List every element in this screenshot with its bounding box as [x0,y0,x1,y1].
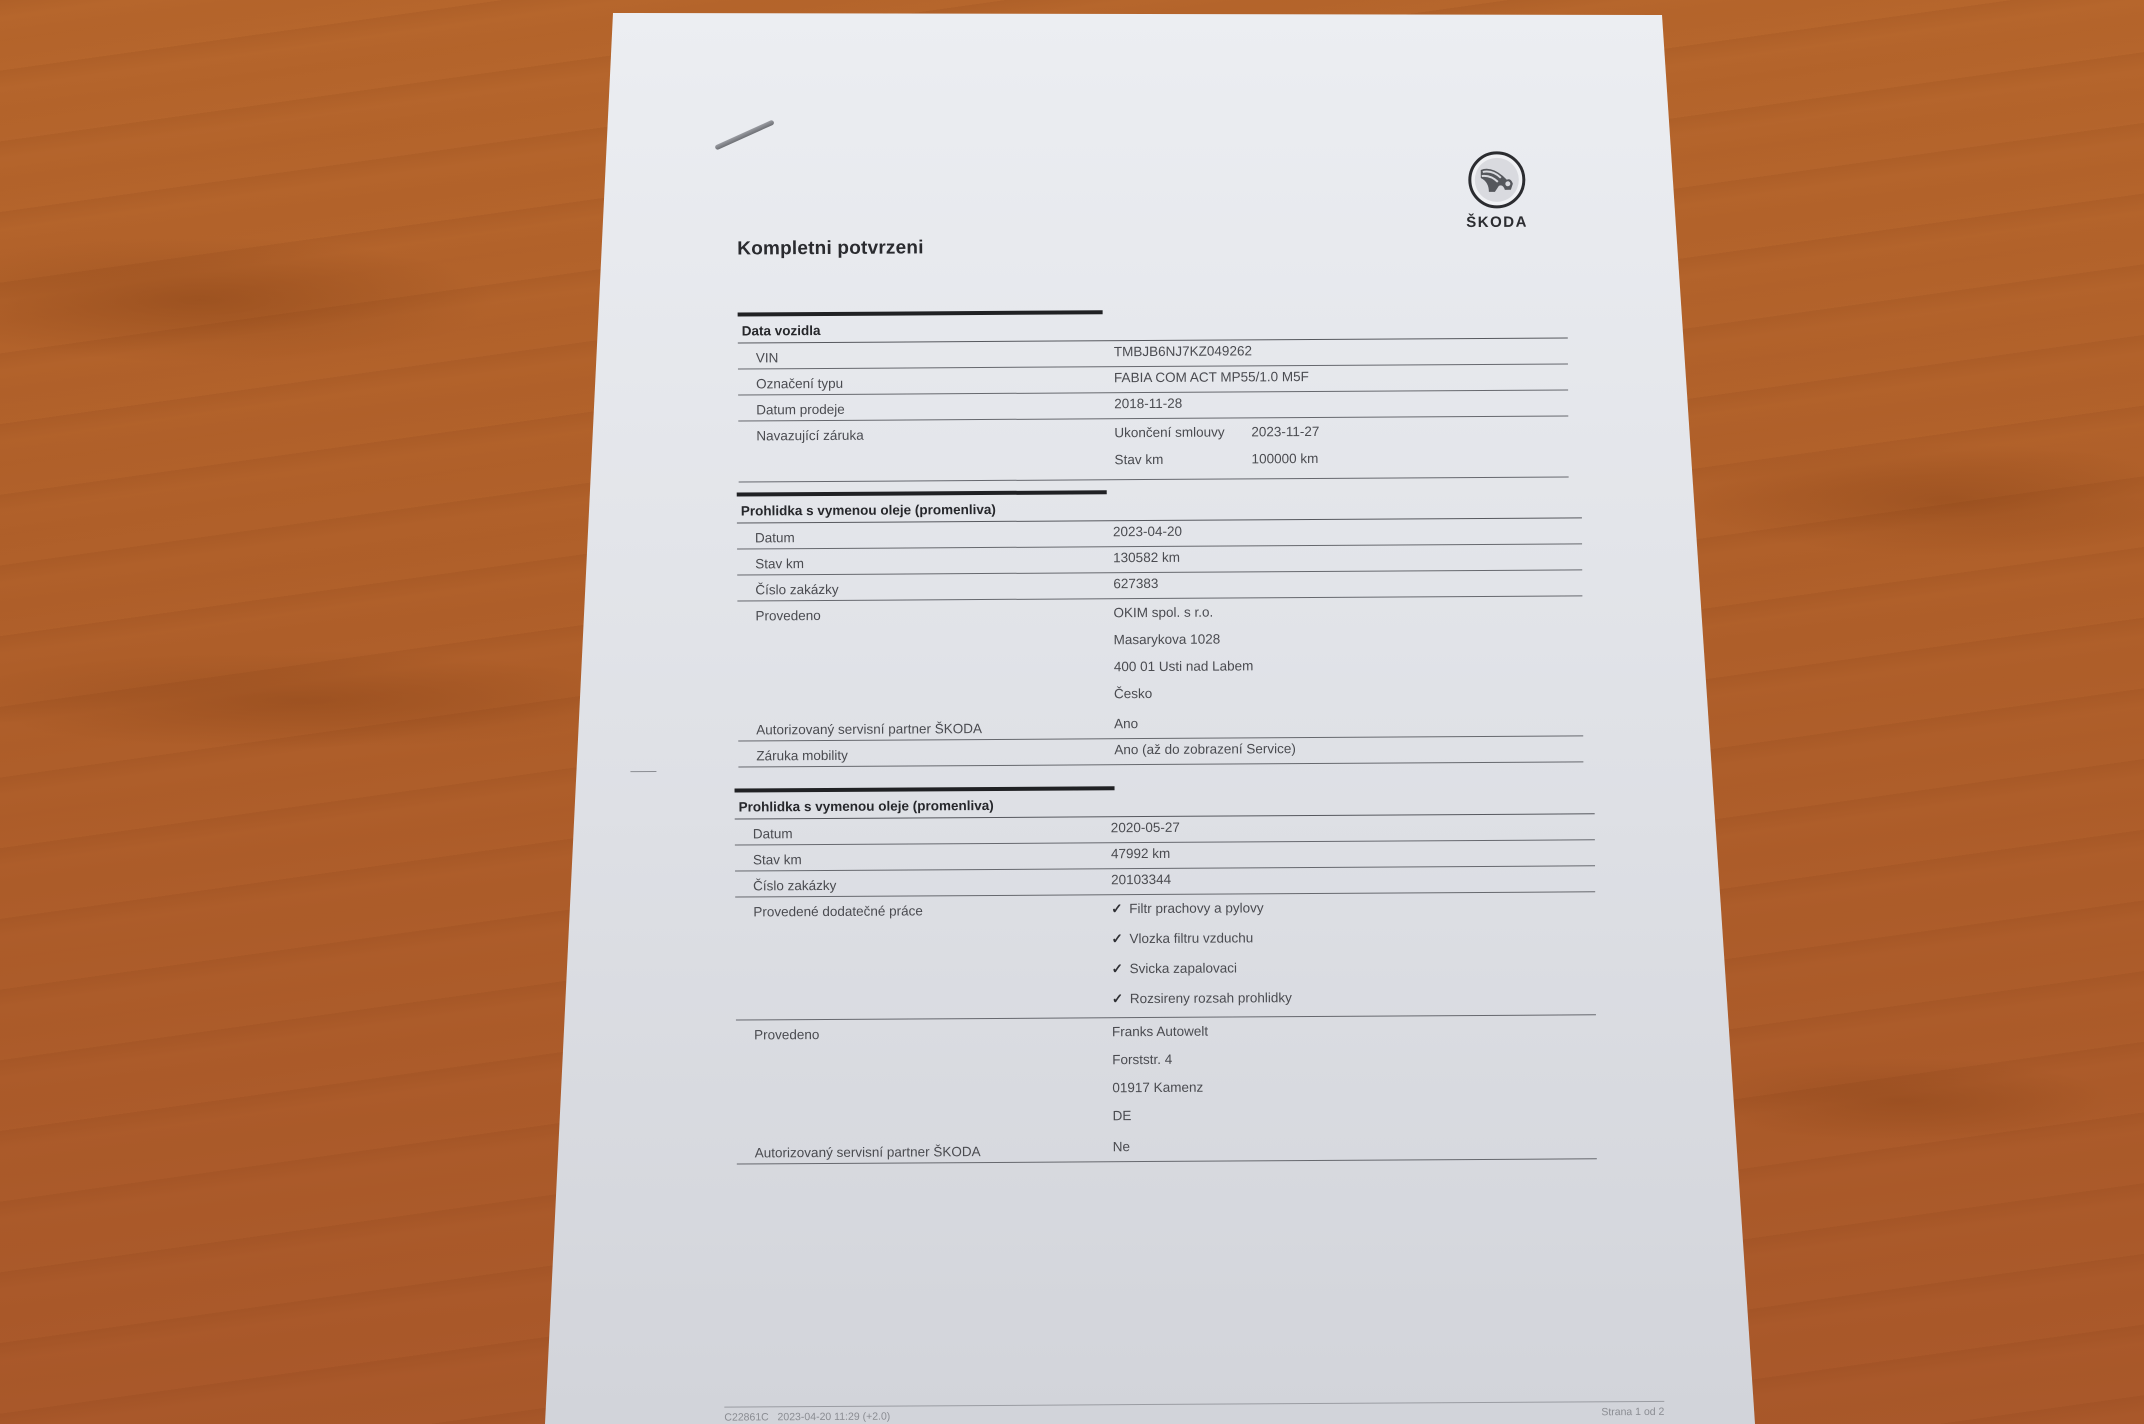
row-value: 20103344 [1111,866,1595,890]
footer-code: C22861C [724,1411,768,1423]
kv-key: Stav km [1114,448,1251,476]
address-line: Masarykova 1028 [1114,626,1583,656]
address-line: Franks Autowelt [1112,1018,1596,1049]
brand-logo: ŠKODA [1457,150,1537,231]
checkmark-icon: ✓ [1112,958,1130,980]
row-label: Autorizovaný servisní partner ŠKODA [737,1136,1113,1163]
kv-key: Ukončení smlouvy [1114,421,1251,449]
work-item: ✓Vlozka filtru vzduchu [1111,925,1595,958]
page-number: Strana 1 od 2 [1601,1406,1664,1418]
section-service-2023: Prohlidka s vymenou oleje (promenliva) D… [737,487,1584,767]
warranty-km: Stav km 100000 km [1114,446,1568,476]
work-item-label: Vlozka filtru vzduchu [1129,930,1253,946]
kv-value: 100000 km [1251,448,1318,475]
row-label: Datum prodeje [738,393,1114,420]
row-label: Datum [735,817,1111,844]
row-label: Autorizovaný servisní partner ŠKODA [738,713,1114,740]
table-row-extra-work: Provedené dodatečné práce ✓Filtr prachov… [735,892,1596,1020]
checkmark-icon: ✓ [1111,898,1129,920]
row-value: TMBJB6NJ7KZ049262 [1114,338,1568,362]
warranty-end: Ukončení smlouvy 2023-11-27 [1114,419,1568,449]
staple-mark [714,119,774,150]
work-item: ✓Filtr prachovy a pylovy [1111,895,1595,928]
row-label: Číslo zakázky [735,869,1111,896]
row-value: 47992 km [1111,840,1595,864]
row-value: 627383 [1113,570,1582,594]
row-label: Označení typu [738,367,1114,394]
address-line: DE [1112,1102,1596,1133]
row-label: Stav km [737,547,1113,574]
footer-meta: C22861C 2023-04-20 11:29 (+2.0) [724,1411,890,1424]
checkmark-icon: ✓ [1111,928,1129,950]
row-value: 2018-11-28 [1114,390,1568,414]
row-value: Ano [1114,710,1583,734]
address-line: 400 01 Usti nad Labem [1114,653,1583,683]
row-label: Číslo zakázky [737,573,1113,600]
address-line: OKIM spol. s r.o. [1113,599,1582,629]
footer-timestamp: 2023-04-20 11:29 (+2.0) [777,1411,890,1424]
kv-value: 2023-11-27 [1251,421,1319,448]
row-value: 2023-04-20 [1113,518,1582,542]
address-line: 01917 Kamenz [1112,1074,1596,1105]
row-label: Provedené dodatečné práce [735,895,1111,922]
section-vehicle-data: Data vozidla VIN TMBJB6NJ7KZ049262 Označ… [738,307,1569,482]
work-item-label: Filtr prachovy a pylovy [1129,900,1263,916]
table-row-provedeno: Provedeno OKIM spol. s r.o. Masarykova 1… [737,596,1583,715]
table-row-provedeno: Provedeno Franks Autowelt Forststr. 4 01… [736,1015,1597,1138]
table-row: Záruka mobility Ano (až do zobrazení Ser… [738,736,1583,767]
address-line: Forststr. 4 [1112,1046,1596,1077]
section-service-2020: Prohlidka s vymenou oleje (promenliva) D… [735,783,1597,1164]
row-value: 130582 km [1113,544,1582,568]
pencil-mark [630,771,656,772]
row-label: VIN [738,341,1114,368]
row-label: Provedeno [736,1018,1112,1045]
row-label: Navazující záruka [738,419,1114,446]
row-value: 2020-05-27 [1111,814,1595,838]
table-row-warranty: Navazující záruka Ukončení smlouvy 2023-… [738,416,1568,482]
row-value: Ne [1113,1133,1597,1157]
checkmark-icon: ✓ [1112,988,1130,1010]
work-item: ✓Svicka zapalovaci [1112,955,1596,988]
work-item-label: Svicka zapalovaci [1130,960,1237,976]
row-value: FABIA COM ACT MP55/1.0 M5F [1114,364,1568,388]
document-title: Kompletni potvrzeni [737,237,924,260]
work-item: ✓Rozsireny rozsah prohlidky [1112,985,1596,1014]
row-label: Záruka mobility [738,739,1114,766]
address-line: Česko [1114,680,1583,710]
row-label: Datum [737,521,1113,548]
brand-name: ŠKODA [1457,214,1537,231]
row-label: Provedeno [737,599,1113,626]
row-label: Stav km [735,843,1111,870]
table-row: Autorizovaný servisní partner ŠKODA Ne [737,1133,1597,1164]
skoda-logo-icon [1467,150,1527,210]
row-value: Ano (až do zobrazení Service) [1114,736,1583,760]
work-item-label: Rozsireny rozsah prohlidky [1130,990,1292,1006]
page-footer: C22861C 2023-04-20 11:29 (+2.0) Strana 1… [724,1401,1664,1424]
document-content: Kompletni potvrzeni ŠKODA Data vozidla V… [0,0,2144,1424]
